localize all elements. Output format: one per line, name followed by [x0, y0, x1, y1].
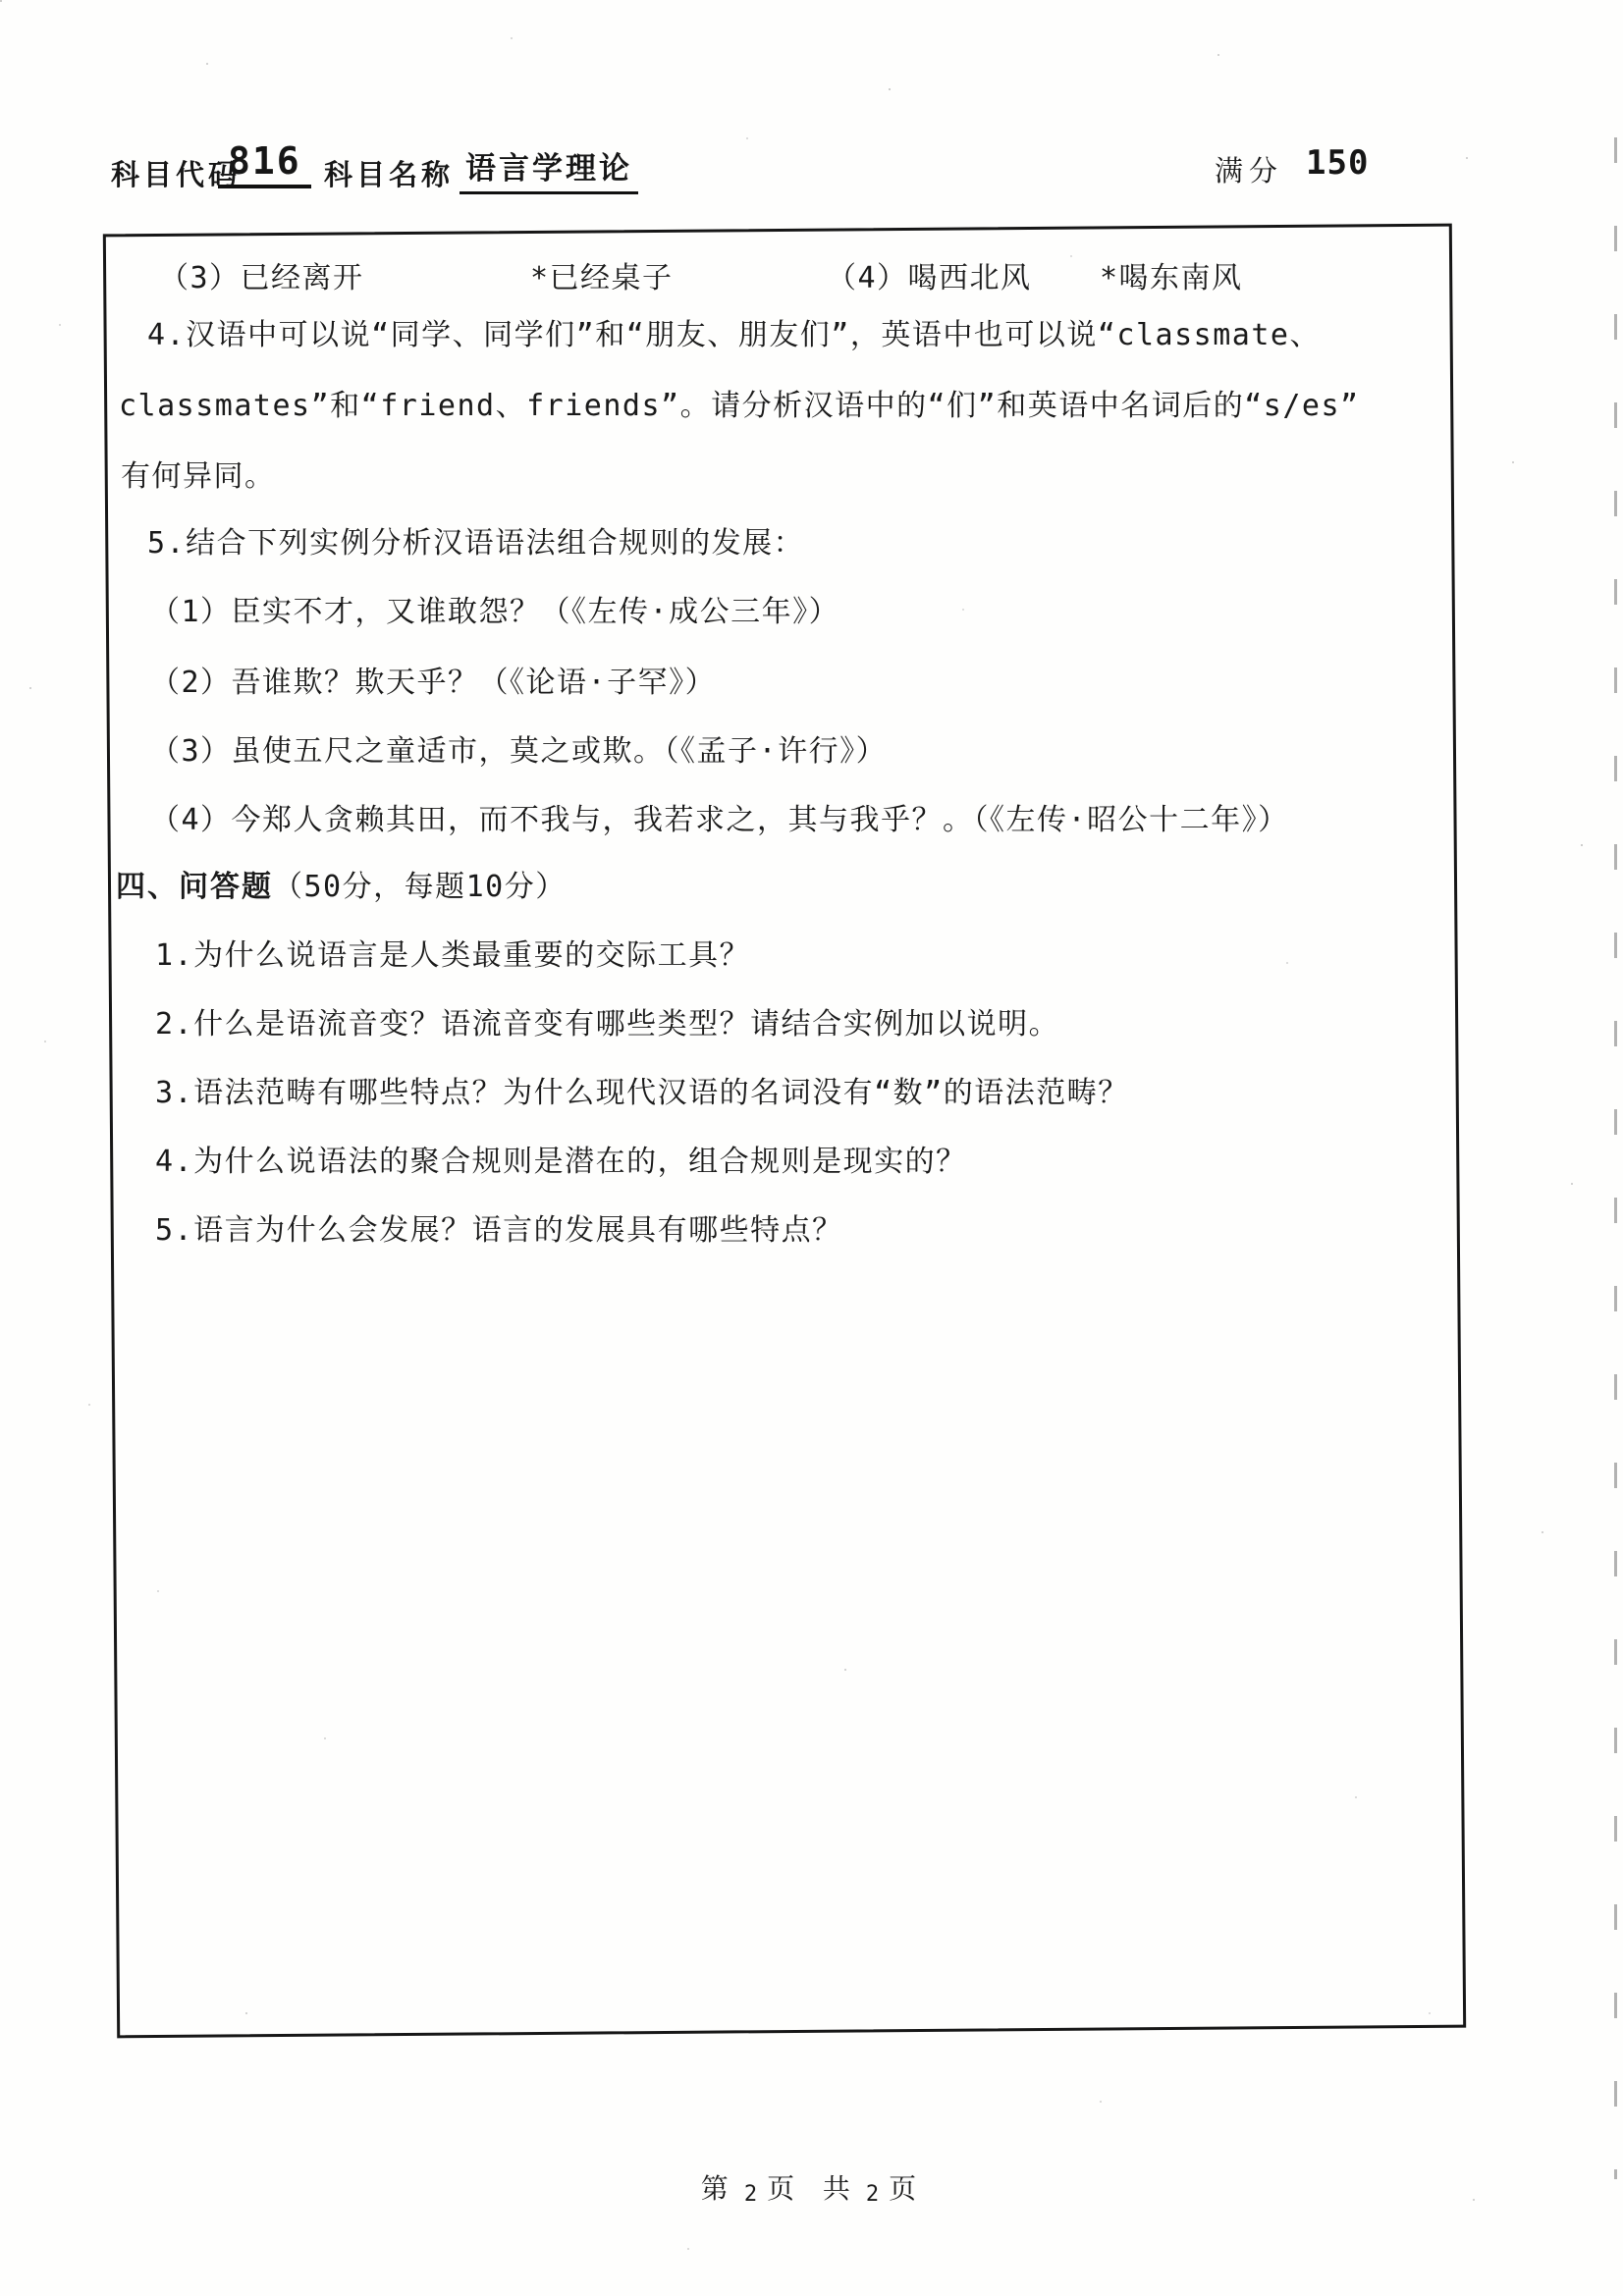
section-4-heading-title: 四、问答题 [116, 870, 273, 904]
subject-name-label: 科目名称 [324, 153, 454, 193]
section-4-heading-score: （50分，每题10分） [273, 870, 567, 904]
subject-name-value: 语言学理论 [460, 143, 638, 194]
qa-question-3: 3.语法范畴有哪些特点？为什么现代汉语的名词没有“数”的语法范畴？ [155, 1068, 1129, 1111]
page-footer: 第2页 共2页 [0, 2167, 1623, 2207]
question-5-intro: 5.结合下列实例分析汉语语法组合规则的发展： [147, 518, 804, 561]
qa-question-1: 1.为什么说语言是人类最重要的交际工具？ [155, 931, 750, 974]
example-4-starred: *喝东南风 [1100, 253, 1243, 296]
subject-code-value: 816 [218, 139, 311, 188]
full-score-value: 150 [1306, 143, 1369, 183]
section-4-heading: 四、问答题（50分，每题10分） [116, 862, 567, 905]
footer-suffix: 页 [889, 2172, 922, 2205]
classical-example-3: （3）虽使五尺之童适市，莫之或欺。（《孟子·许行》） [150, 726, 887, 770]
question-4-line1: 4.汉语中可以说“同学、同学们”和“朋友、朋友们”，英语中也可以说“classm… [147, 310, 1321, 353]
full-score-label: 满分 [1215, 149, 1283, 189]
footer-middle: 页 共 [767, 2172, 856, 2205]
page-header: 科目代码 816 科目名称 语言学理论 满分 150 [0, 147, 1623, 216]
classical-example-2: （2）吾谁欺？欺天乎？（《论语·子罕》） [150, 658, 716, 701]
classical-example-1: （1）臣实不才，又谁敢怨？（《左传·成公三年》） [150, 587, 839, 630]
classical-example-4: （4）今郑人贪赖其田，而不我与，我若求之，其与我乎？。（《左传·昭公十二年》） [150, 795, 1289, 838]
footer-total-pages: 2 [856, 2182, 889, 2207]
example-3: （3）已经离开 [159, 253, 364, 296]
qa-question-2: 2.什么是语流音变？语流音变有哪些类型？请结合实例加以说明。 [155, 999, 1059, 1042]
footer-page-number: 2 [734, 2182, 767, 2207]
footer-prefix: 第 [701, 2172, 734, 2205]
example-3-starred: *已经桌子 [530, 253, 674, 296]
question-4-line3: 有何异同。 [121, 452, 276, 495]
qa-question-5: 5.语言为什么会发展？语言的发展具有哪些特点？ [155, 1205, 843, 1249]
content-frame [103, 224, 1466, 2039]
page-edge-artifact [1614, 137, 1617, 2179]
question-4-line2: classmates”和“friend、friends”。请分析汉语中的“们”和… [119, 381, 1360, 424]
qa-question-4: 4.为什么说语法的聚合规则是潜在的，组合规则是现实的？ [155, 1137, 967, 1180]
example-4: （4）喝西北风 [827, 253, 1032, 296]
scan-noise [0, 0, 2, 2]
